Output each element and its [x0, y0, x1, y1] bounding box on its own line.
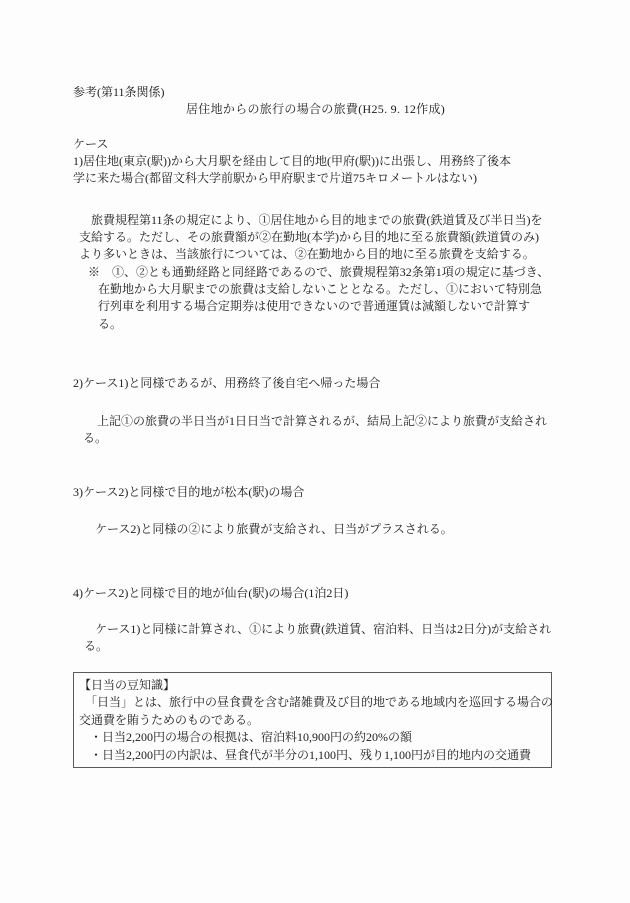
case2-body-line1: 上記①の旅費の半日当が1日日当で計算されるが、結局上記②により旅費が支給され: [97, 413, 547, 430]
case1-note-line1: ※ ①、②とも通勤経路と同経路であるので、旅費規程第32条第1項の規定に基づき、: [88, 264, 549, 281]
case1-heading-line1: 1)居住地(東京(駅))から大月駅を経由して目的地(甲府(駅))に出張し、用務終…: [73, 153, 511, 170]
tips-box-body-line2: 交通費を賄うためのものである。: [79, 712, 545, 729]
tips-box-bullet2: ・日当2,200円の内訳は、昼食代が半分の1,100円、残り1,100円が目的地…: [79, 747, 545, 764]
case1-heading-line2: 学に来た場合(都留文科大学前駅から甲府駅まで片道75キロメートルはない): [73, 170, 477, 187]
page-title: 居住地からの旅行の場合の旅費(H25. 9. 12作成): [186, 101, 445, 118]
case1-paragraph-line3: より多いときは、当該旅行については、②在勤地から目的地に至る旅費を支給する。: [79, 246, 535, 263]
document-page: 参考(第11条関係) 居住地からの旅行の場合の旅費(H25. 9. 12作成) …: [0, 0, 630, 903]
case1-note-line3: 行列車を利用する場合定期券は使用できないので普通運賃は減額しないで計算す: [98, 298, 530, 315]
case1-paragraph-line2: 支給する。ただし、その旅費額が②在勤地(本学)から目的地に至る旅費額(鉄道賃のみ…: [79, 229, 539, 246]
case2-heading: 2)ケース1)と同様であるが、用務終了後自宅へ帰った場合: [73, 375, 380, 392]
reference-note: 参考(第11条関係): [73, 84, 165, 101]
case1-note-line2: 在勤地から大月駅までの旅費は支給しないこととなる。ただし、①において特別急: [98, 281, 542, 298]
tips-box-bullet1: ・日当2,200円の場合の根拠は、宿泊料10,900円の約20%の額: [79, 729, 545, 746]
case-list-label: ケース: [73, 136, 108, 153]
case4-body-line1: ケース1)と同様に計算され、①により旅費(鉄道賃、宿泊料、日当は2日分)が支給さ…: [95, 621, 551, 638]
tips-box-title: 【日当の豆知識】: [79, 677, 545, 694]
case4-heading: 4)ケース2)と同様で目的地が仙台(駅)の場合(1泊2日): [73, 585, 348, 602]
tips-box-body-line1: 「日当」とは、旅行中の昼食費を含む諸雑費及び目的地である地域内を巡回する場合の: [79, 694, 545, 711]
case3-body-line1: ケース2)と同様の②により旅費が支給され、日当がプラスされる。: [95, 521, 453, 538]
case3-heading: 3)ケース2)と同様で目的地が松本(駅)の場合: [73, 484, 304, 501]
case4-body-line2: る。: [84, 638, 108, 655]
case1-note-line4: る。: [98, 316, 122, 333]
daily-allowance-tips-box: 【日当の豆知識】 「日当」とは、旅行中の昼食費を含む諸雑費及び目的地である地域内…: [73, 672, 552, 768]
case2-body-line2: る。: [83, 430, 107, 447]
case1-paragraph-line1: 旅費規程第11条の規定により、①居住地から目的地までの旅費(鉄道賃及び半日当)を: [91, 212, 543, 229]
